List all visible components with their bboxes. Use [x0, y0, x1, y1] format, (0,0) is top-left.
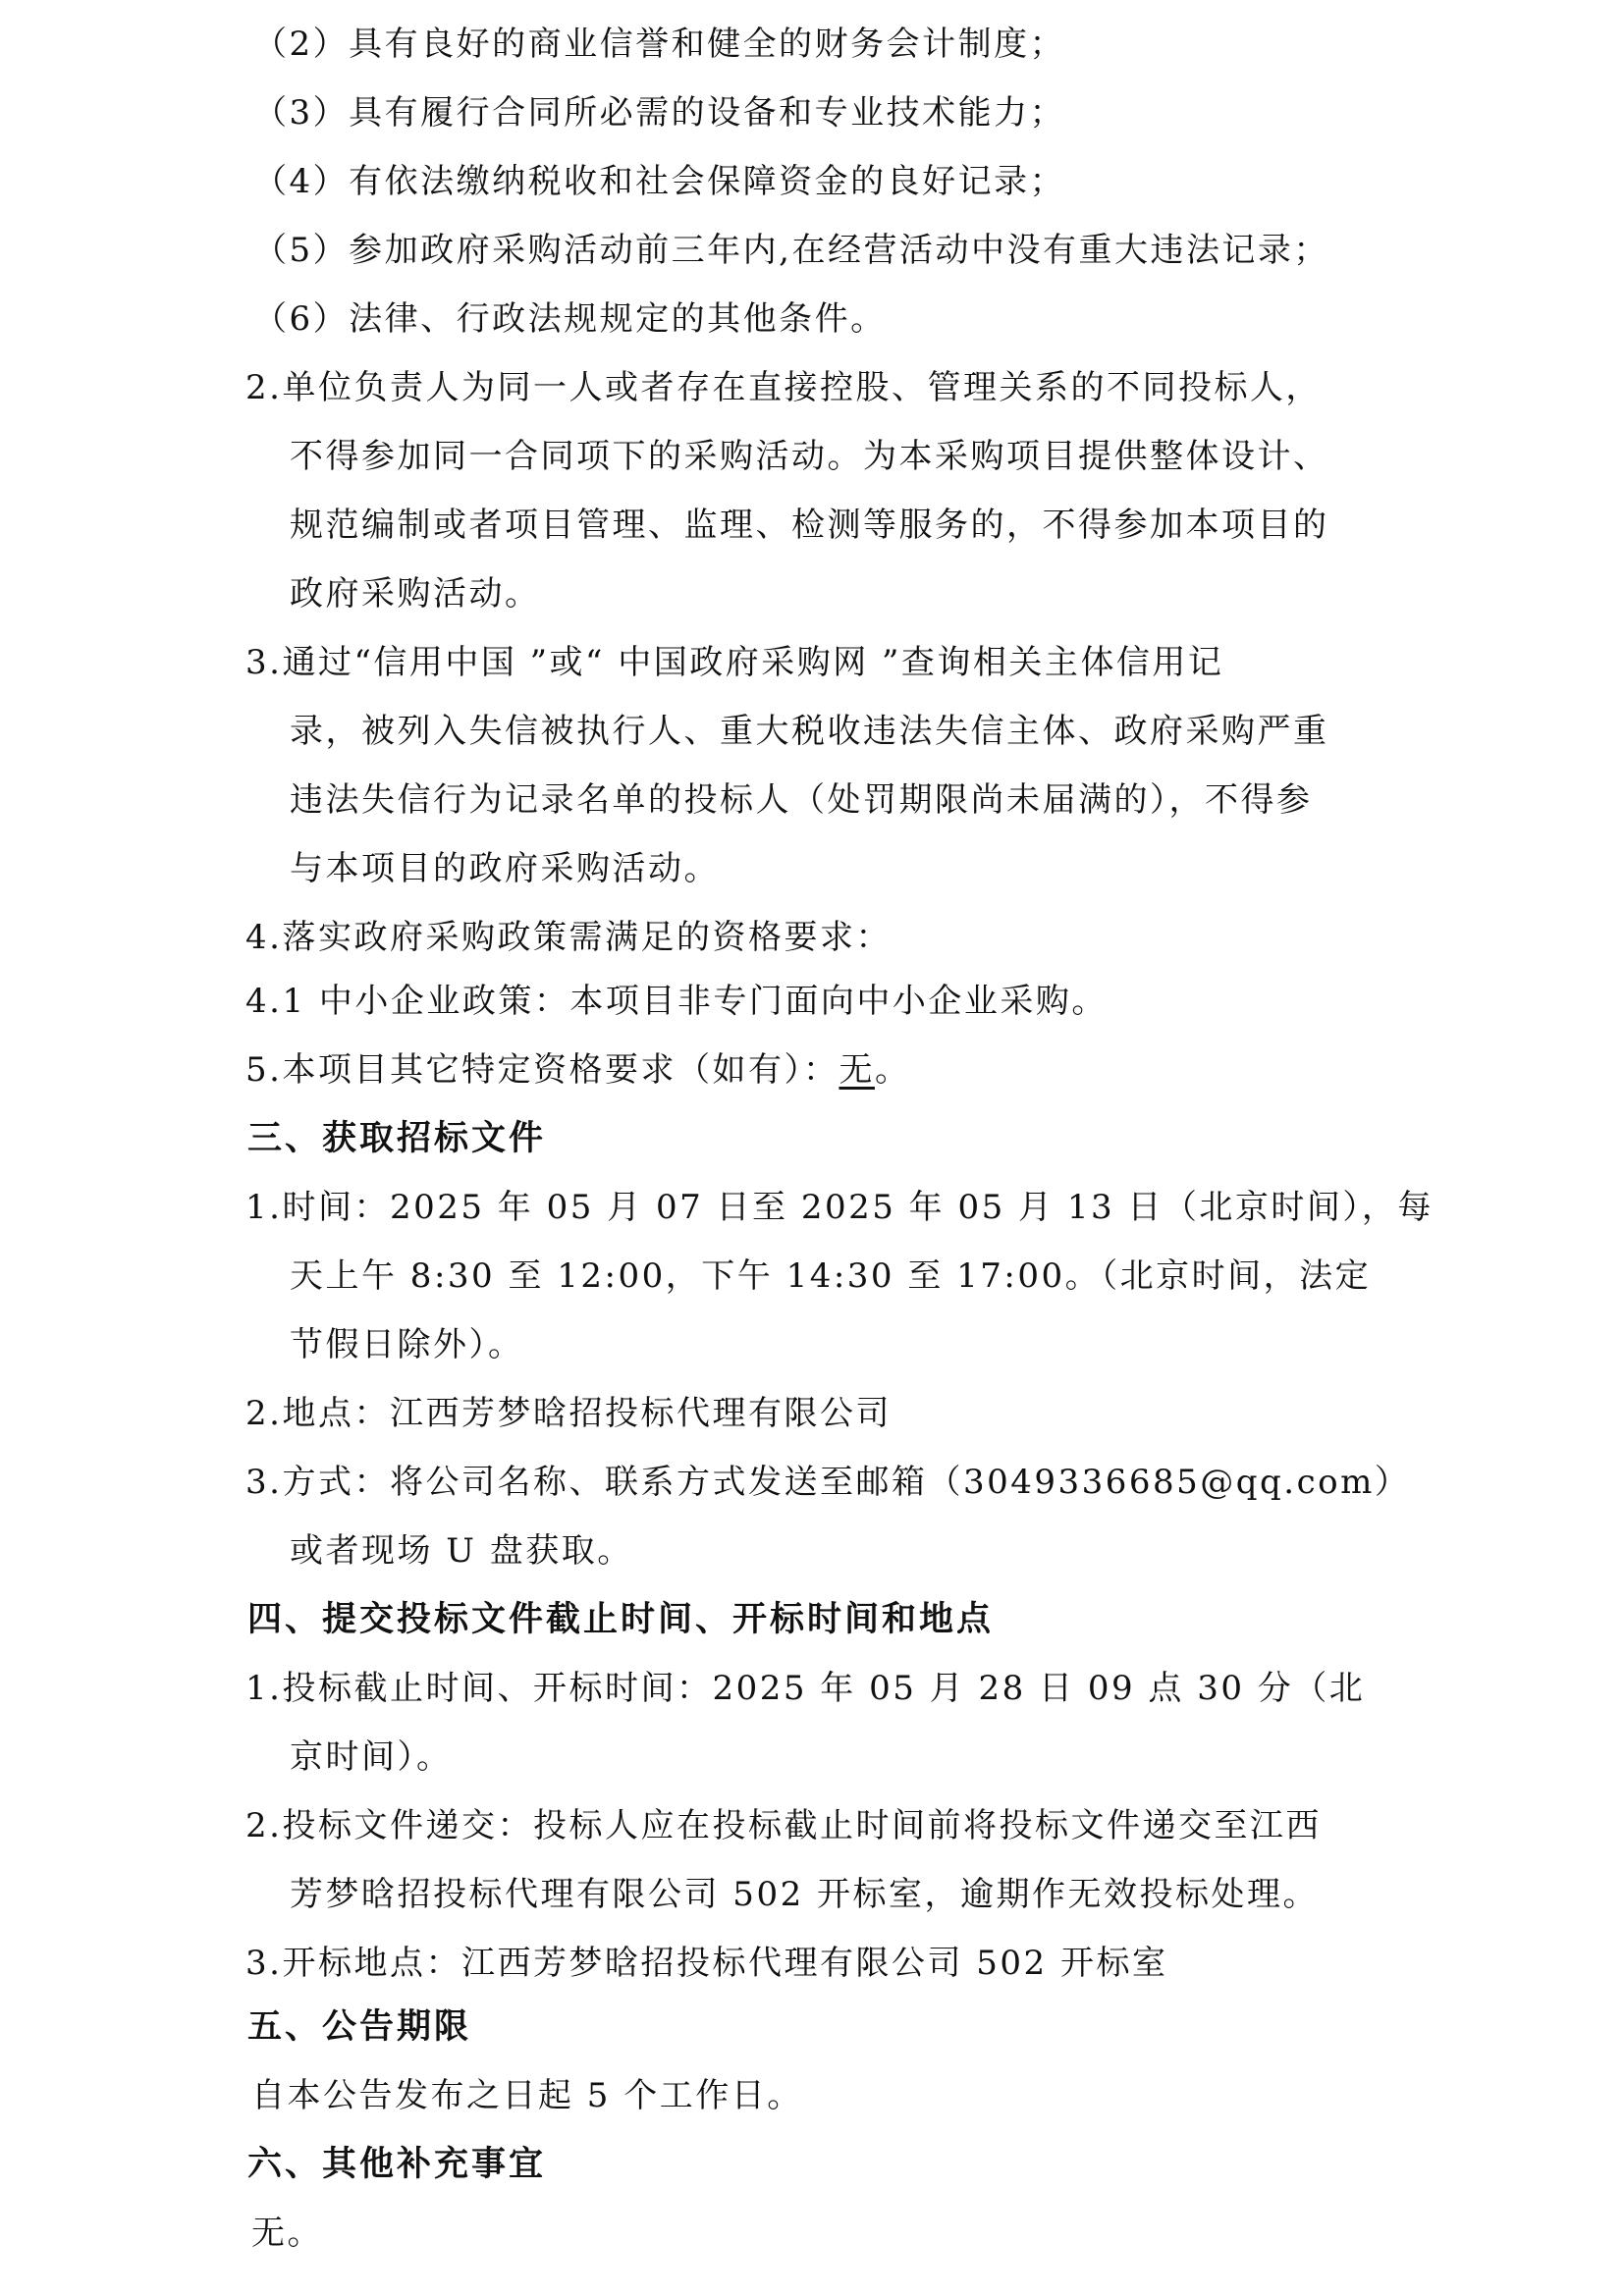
item5: 5.本项目其它特定资格要求（如有）：无。 — [245, 1047, 910, 1093]
item2-line-4: 政府采购活动。 — [290, 571, 541, 616]
section4-opening-location: 3.开标地点：江西芳梦晗招投标代理有限公司 502 开标室 — [245, 1941, 1167, 1986]
qualification-condition-4: （4）有依法缴纳税收和社会保障资金的良好记录； — [253, 159, 1065, 204]
item4-1: 4.1 中小企业政策：本项目非专门面向中小企业采购。 — [245, 979, 1108, 1024]
section4-submission-line-1: 2.投标文件递交：投标人应在投标截止时间前将投标文件递交至江西 — [245, 1803, 1322, 1848]
section5-heading: 五、公告期限 — [247, 2004, 471, 2050]
item5-value: 无 — [839, 1050, 875, 1090]
section3-time-line-3: 节假日除外）。 — [290, 1322, 524, 1367]
document-page: （2）具有良好的商业信誉和健全的财务会计制度； （3）具有履行合同所必需的设备和… — [0, 0, 1624, 2296]
item2-line-3: 规范编制或者项目管理、监理、检测等服务的，不得参加本项目的 — [290, 503, 1329, 548]
item5-suffix: 。 — [875, 1050, 911, 1090]
item5-prefix: 5.本项目其它特定资格要求（如有）： — [245, 1050, 839, 1090]
qualification-condition-3: （3）具有履行合同所必需的设备和专业技术能力； — [253, 90, 1065, 135]
item3-line-1: 3.通过“信用中国 ”或“ 中国政府采购网 ”查询相关主体信用记 — [245, 640, 1223, 685]
item2-line-1: 2.单位负责人为同一人或者存在直接控股、管理关系的不同投标人， — [245, 365, 1322, 410]
qualification-condition-2: （2）具有良好的商业信誉和健全的财务会计制度； — [253, 22, 1065, 67]
section3-location: 2.地点：江西芳梦晗招投标代理有限公司 — [245, 1391, 892, 1436]
qualification-condition-6: （6）法律、行政法规规定的其他条件。 — [253, 296, 887, 342]
item3-line-3: 违法失信行为记录名单的投标人（处罚期限尚未届满的），不得参 — [290, 777, 1313, 823]
section4-heading: 四、提交投标文件截止时间、开标时间和地点 — [247, 1597, 994, 1642]
section4-deadline-line-1: 1.投标截止时间、开标时间：2025 年 05 月 28 日 09 点 30 分… — [245, 1666, 1365, 1711]
qualification-condition-5: （5）参加政府采购活动前三年内,在经营活动中没有重大违法记录； — [253, 228, 1329, 273]
item3-line-2: 录，被列入失信被执行人、重大税收违法失信主体、政府采购严重 — [290, 709, 1329, 754]
section3-method-line-1: 3.方式：将公司名称、联系方式发送至邮箱（3049336685@qq.com） — [245, 1460, 1410, 1505]
item2-line-2: 不得参加同一合同项下的采购活动。为本采购项目提供整体设计、 — [290, 434, 1329, 479]
section4-submission-line-2: 芳梦晗招投标代理有限公司 502 开标室，逾期作无效投标处理。 — [290, 1872, 1319, 1917]
section6-body: 无。 — [251, 2211, 323, 2256]
section4-deadline-line-2: 京时间）。 — [290, 1735, 453, 1780]
section6-heading: 六、其他补充事宜 — [247, 2142, 546, 2187]
section3-heading: 三、获取招标文件 — [247, 1116, 546, 1161]
section5-body: 自本公告发布之日起 5 个工作日。 — [251, 2073, 803, 2118]
item3-line-4: 与本项目的政府采购活动。 — [290, 846, 720, 891]
item4: 4.落实政府采购政策需满足的资格要求： — [245, 915, 892, 960]
section3-time-line-1: 1.时间：2025 年 05 月 07 日至 2025 年 05 月 13 日（… — [245, 1185, 1434, 1230]
section3-method-line-2: 或者现场 U 盘获取。 — [290, 1528, 633, 1574]
section3-time-line-2: 天上午 8:30 至 12:00，下午 14:30 至 17:00。（北京时间，… — [290, 1254, 1371, 1299]
